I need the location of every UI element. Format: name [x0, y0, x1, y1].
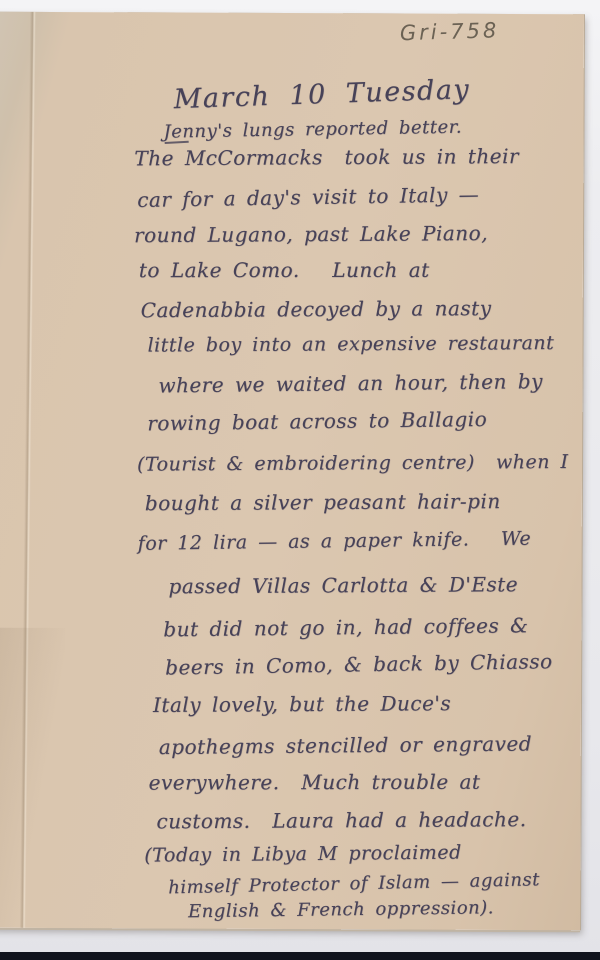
handwritten-line: himself Protector of Islam — against: [168, 869, 540, 898]
handwritten-line: Cadenabbia decoyed by a nasty: [141, 296, 492, 322]
diary-date-heading: March 10 Tuesday: [173, 74, 470, 115]
page-fold-shadow: [0, 628, 65, 928]
diary-page: Gri-758 March 10 Tuesday Jenny's lungs r…: [0, 12, 584, 931]
handwritten-line: round Lugano, past Lake Piano,: [134, 221, 488, 247]
handwritten-line: little boy into an expensive restaurant: [147, 332, 554, 356]
diary-subheading-line: Jenny's lungs reported better.: [163, 117, 462, 143]
scan-edge-band: [0, 952, 600, 960]
handwritten-line: to Lake Como. Lunch at: [139, 258, 430, 282]
handwritten-line: (Tourist & embroidering centre) when I: [137, 451, 569, 476]
handwritten-line: Italy lovely, but the Duce's: [153, 691, 451, 717]
handwritten-line: for 12 lira — as a paper knife. We: [138, 528, 532, 555]
handwritten-line: everywhere. Much trouble at: [149, 770, 481, 795]
archive-reference-number: Gri-758: [400, 18, 500, 45]
handwritten-line: rowing boat across to Ballagio: [147, 407, 487, 435]
handwritten-line: (Today in Libya M proclaimed: [144, 842, 462, 867]
scanned-document: Gri-758 March 10 Tuesday Jenny's lungs r…: [0, 0, 600, 960]
handwritten-line: where we waited an hour, then by: [158, 369, 543, 397]
handwritten-line: apothegms stencilled or engraved: [159, 731, 532, 759]
handwritten-line: but did not go in, had coffees &: [163, 613, 528, 641]
handwritten-line: The McCormacks took us in their: [134, 144, 519, 170]
handwritten-line: passed Villas Carlotta & D'Este: [168, 572, 518, 598]
handwritten-line: bought a silver peasant hair-pin: [145, 489, 501, 515]
handwritten-line: customs. Laura had a headache.: [156, 807, 526, 833]
handwritten-line: English & French oppression).: [188, 897, 494, 922]
handwritten-line: beers in Como, & back by Chiasso: [165, 649, 553, 679]
handwritten-line: car for a day's visit to Italy —: [137, 182, 479, 212]
